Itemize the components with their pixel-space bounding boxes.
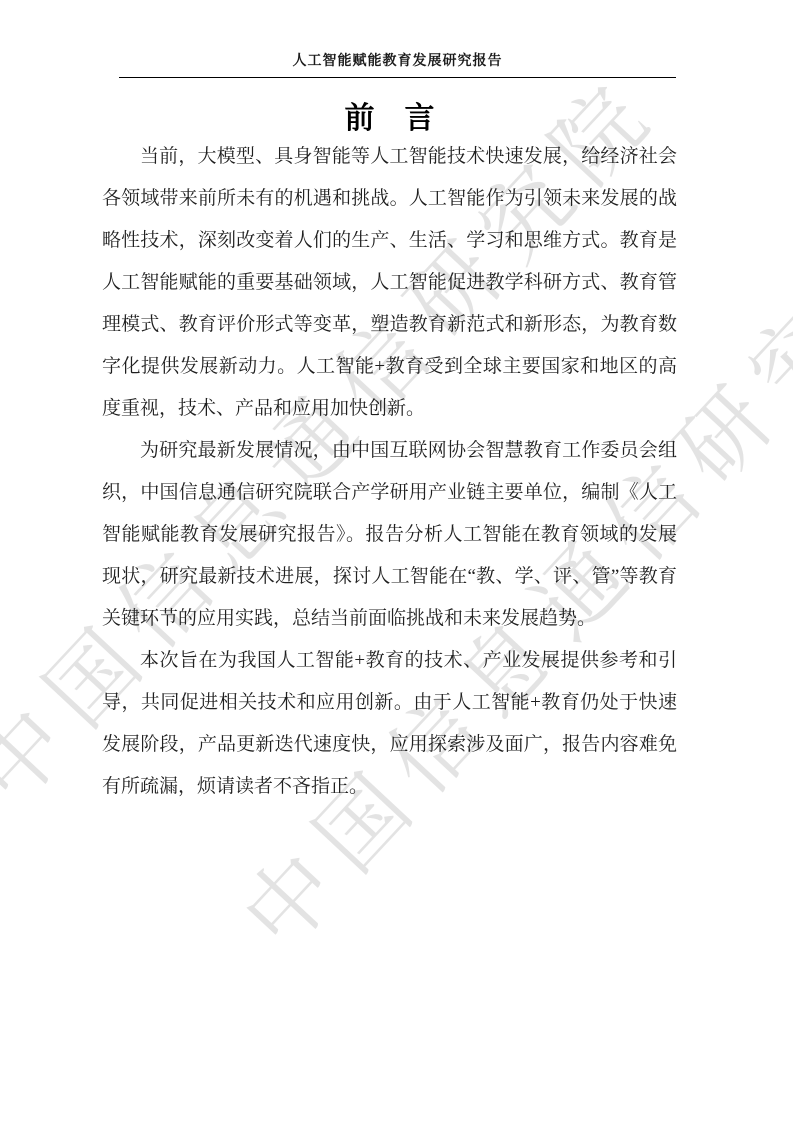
- paragraph: 本次旨在为我国人工智能+教育的技术、产业发展提供参考和引 导，共同促进相关技术和…: [102, 640, 677, 808]
- body-line: 各领域带来前所未有的机遇和挑战。人工智能作为引领未来发展的战: [102, 178, 677, 220]
- paragraph: 当前，大模型、具身智能等人工智能技术快速发展，给经济社会 各领域带来前所未有的机…: [102, 136, 677, 430]
- paragraph: 为研究最新发展情况，由中国互联网协会智慧教育工作委员会组 织，中国信息通信研究院…: [102, 430, 677, 640]
- body-line: 织，中国信息通信研究院联合产学研用产业链主要单位，编制《人工: [102, 472, 677, 514]
- body-line: 理模式、教育评价形式等变革，塑造教育新范式和新形态，为教育数: [102, 304, 677, 346]
- body-line: 关键环节的应用实践，总结当前面临挑战和未来发展趋势。: [102, 598, 677, 640]
- page-header-title: 人工智能赋能教育发展研究报告: [119, 52, 676, 72]
- body-line: 有所疏漏，烦请读者不吝指正。: [102, 766, 677, 808]
- body-line: 导，共同促进相关技术和应用创新。由于人工智能+教育仍处于快速: [102, 682, 677, 724]
- body-line: 当前，大模型、具身智能等人工智能技术快速发展，给经济社会: [102, 136, 677, 178]
- body-line: 字化提供发展新动力。人工智能+教育受到全球主要国家和地区的高: [102, 346, 677, 388]
- header-rule: [119, 77, 676, 78]
- body-line: 为研究最新发展情况，由中国互联网协会智慧教育工作委员会组: [102, 430, 677, 472]
- body-line: 人工智能赋能的重要基础领域，人工智能促进教学科研方式、教育管: [102, 262, 677, 304]
- body-line: 略性技术，深刻改变着人们的生产、生活、学习和思维方式。教育是: [102, 220, 677, 262]
- body-line: 现状，研究最新技术进展，探讨人工智能在“教、学、评、管”等教育: [102, 556, 677, 598]
- body-line: 智能赋能教育发展研究报告》。报告分析人工智能在教育领域的发展: [102, 514, 677, 556]
- document-body: 当前，大模型、具身智能等人工智能技术快速发展，给经济社会 各领域带来前所未有的机…: [102, 136, 677, 808]
- body-line: 度重视，技术、产品和应用加快创新。: [102, 388, 677, 430]
- page-title: 前 言: [102, 99, 677, 139]
- report-page: 中国信息通信研究院 中国信息通信研究院 人工智能赋能教育发展研究报告 前 言 当…: [0, 0, 793, 1122]
- body-line: 发展阶段，产品更新迭代速度快，应用探索涉及面广，报告内容难免: [102, 724, 677, 766]
- body-line: 本次旨在为我国人工智能+教育的技术、产业发展提供参考和引: [102, 640, 677, 682]
